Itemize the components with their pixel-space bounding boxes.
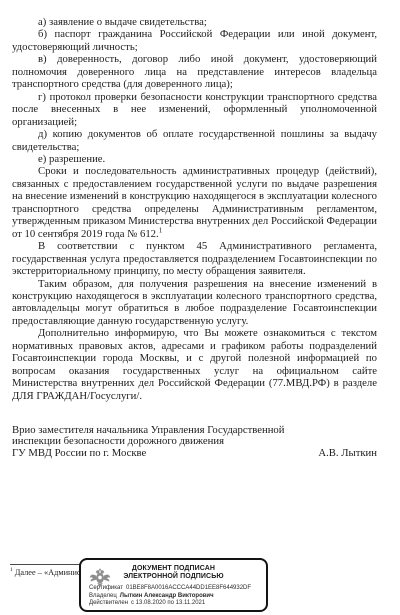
- stamp-details: Сертификат01BE8F8A0016ACCCA44DD1EE8F6449…: [89, 585, 262, 607]
- digital-signature-stamp: ДОКУМЕНТ ПОДПИСАН ЭЛЕКТРОННОЙ ПОДПИСЬЮ С…: [79, 558, 268, 612]
- paragraph: Дополнительно информирую, что Вы можете …: [12, 327, 377, 402]
- footnote-marker: 1: [10, 567, 13, 573]
- signature-block: Врио заместителя начальника Управления Г…: [12, 425, 377, 459]
- paragraph: а) заявление о выдаче свидетельства;: [12, 16, 377, 28]
- validity-row: Действителенс 13.08.2020 по 13.11.2021: [89, 600, 262, 607]
- paragraph-text: Таким образом, для получения разрешения …: [12, 278, 377, 327]
- paragraph: Сроки и последовательность административ…: [12, 165, 377, 240]
- paragraph: е) разрешение.: [12, 153, 377, 165]
- footnote-ref: 1: [159, 226, 163, 234]
- mvd-eagle-emblem-icon: [89, 566, 111, 590]
- owner-value: Лыткин Александр Викторович: [120, 593, 214, 599]
- paragraph: д) копию документов об оплате государств…: [12, 128, 377, 153]
- certificate-value: 01BE8F8A0016ACCCA44DD1EE8F644932DF: [126, 585, 251, 591]
- validity-label: Действителен: [89, 600, 128, 606]
- paragraph-text: б) паспорт гражданина Российской Федерац…: [12, 28, 377, 52]
- paragraph-text: В соответствии с пунктом 45 Администрати…: [12, 240, 377, 277]
- paragraph: г) протокол проверки безопасности констр…: [12, 91, 377, 128]
- paragraph-text: г) протокол проверки безопасности констр…: [12, 91, 377, 128]
- certificate-row: Сертификат01BE8F8A0016ACCCA44DD1EE8F6449…: [89, 585, 262, 592]
- signer-title-line: ГУ МВД России по г. Москве: [12, 448, 146, 459]
- paragraph-text: е) разрешение.: [38, 153, 105, 165]
- signer-name: А.В. Лыткин: [318, 448, 377, 459]
- paragraph-text: Сроки и последовательность административ…: [12, 165, 377, 239]
- paragraph: Таким образом, для получения разрешения …: [12, 278, 377, 328]
- document-body: а) заявление о выдаче свидетельства; б) …: [12, 16, 377, 402]
- paragraph-text: д) копию документов об оплате государств…: [12, 128, 377, 152]
- validity-value: с 13.08.2020 по 13.11.2021: [131, 600, 205, 606]
- paragraph-text: а) заявление о выдаче свидетельства;: [38, 16, 207, 28]
- owner-row: ВладелецЛыткин Александр Викторович: [89, 593, 262, 600]
- footnote-divider: [10, 564, 83, 565]
- document-page: а) заявление о выдаче свидетельства; б) …: [0, 0, 400, 615]
- owner-label: Владелец: [89, 593, 117, 599]
- paragraph: б) паспорт гражданина Российской Федерац…: [12, 28, 377, 53]
- paragraph: В соответствии с пунктом 45 Администрати…: [12, 240, 377, 277]
- paragraph: в) доверенность, договор либо иной докум…: [12, 53, 377, 90]
- paragraph-text: Дополнительно информирую, что Вы можете …: [12, 327, 377, 401]
- paragraph-text: в) доверенность, договор либо иной докум…: [12, 53, 377, 90]
